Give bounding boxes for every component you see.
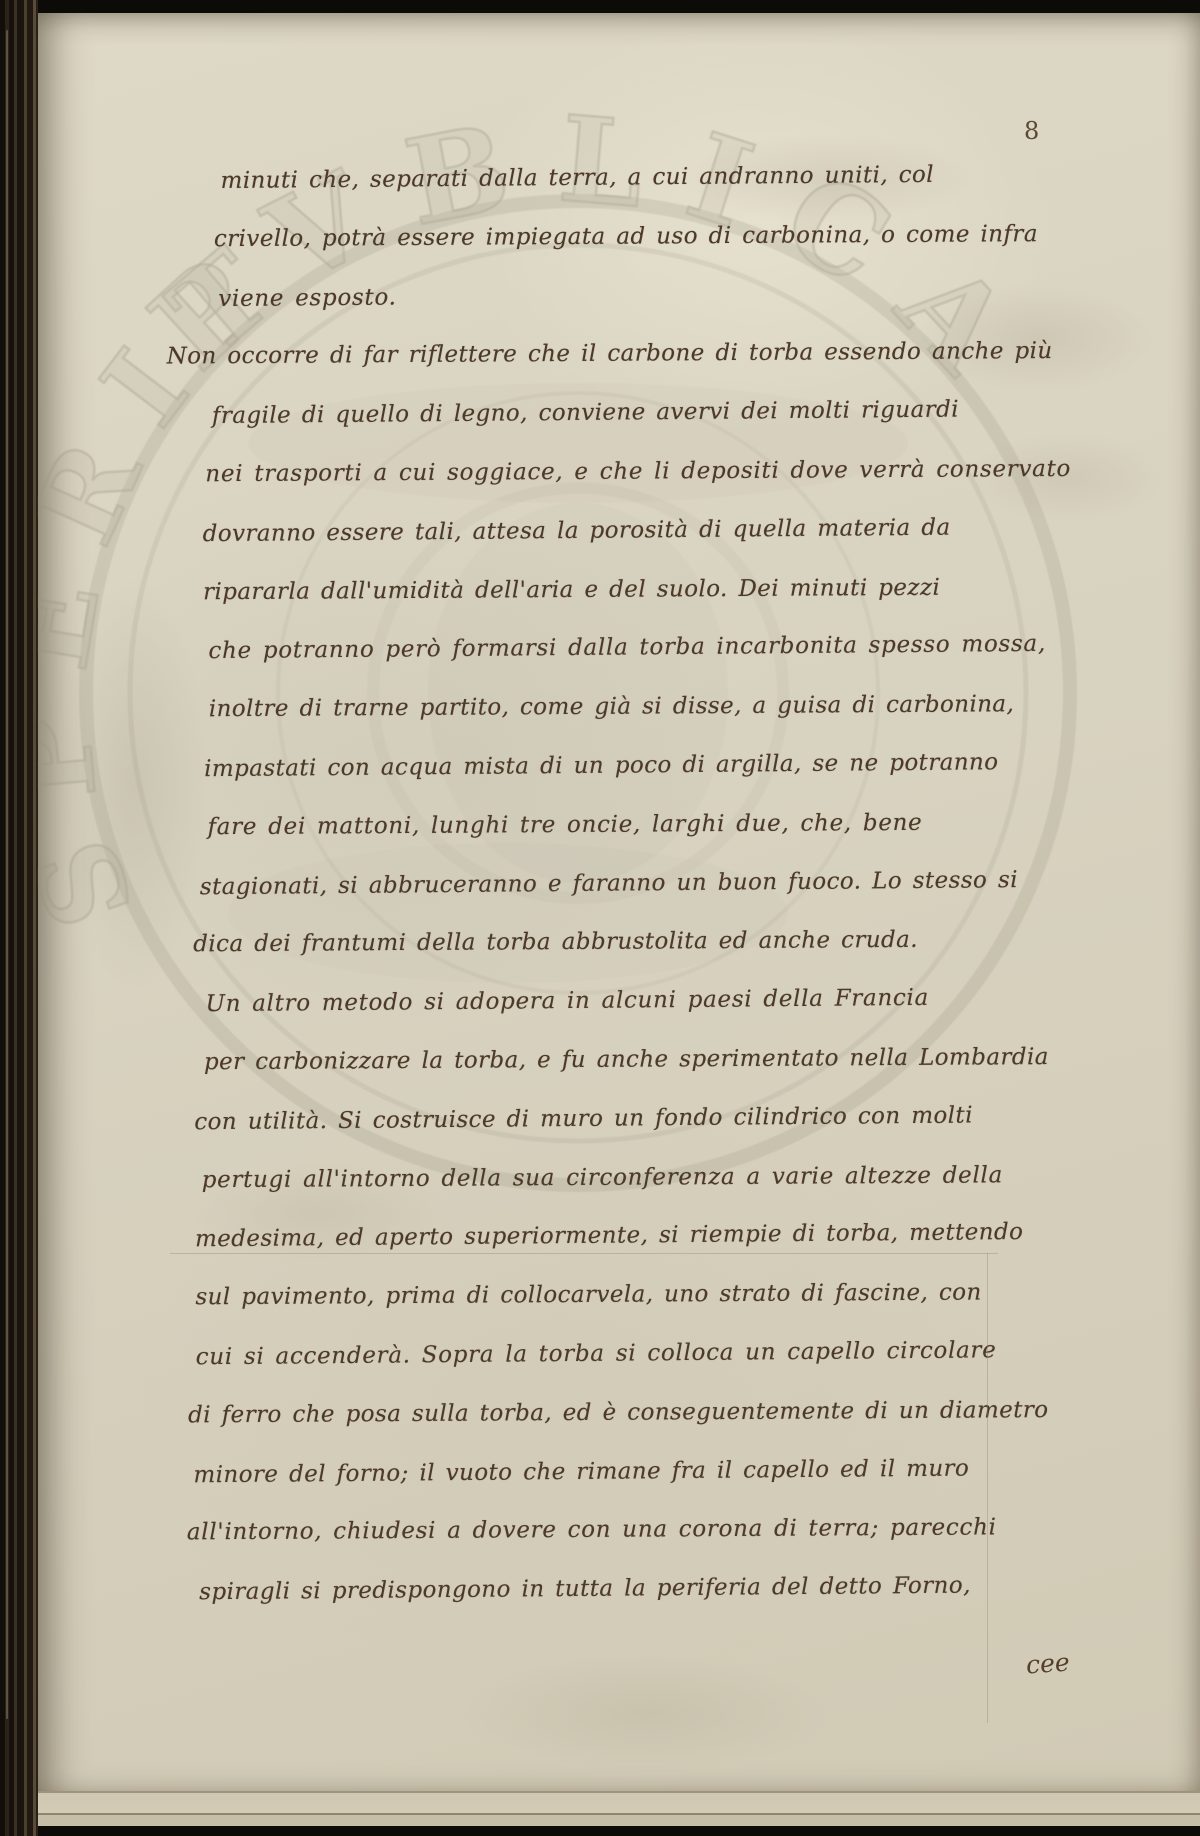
manuscript-line: per carbonizzare la torba, e fu anche sp… xyxy=(39,1044,1099,1109)
manuscript-line: dica dei frantumi della torba abbrustoli… xyxy=(38,926,1098,991)
manuscript-text: minuti che, separati dalla terra, a cui … xyxy=(34,162,1103,1638)
manuscript-line: viene esposto. xyxy=(34,278,1094,346)
manuscript-line: fare dei mattoni, lunghi tre oncie, larg… xyxy=(37,809,1097,874)
manuscript-line: Un altro metodo si adopera in alcuni pae… xyxy=(38,984,1098,1052)
manuscript-line: Non occorre di far riflettere che il car… xyxy=(35,338,1095,403)
scan-bottom-edge xyxy=(38,1826,1200,1836)
paper-crease-vertical xyxy=(987,1253,988,1723)
manuscript-line: all'intorno, chiudesi a dovere con una c… xyxy=(42,1514,1102,1579)
manuscript-line: con utilità. Si costruisce di muro un fo… xyxy=(39,1101,1099,1169)
book-binding-edge xyxy=(0,0,38,1836)
manuscript-line: minuti che, separati dalla terra, a cui … xyxy=(33,160,1093,228)
manuscript-line: fragile di quello di legno, conviene ave… xyxy=(35,396,1095,464)
paper-smudge xyxy=(458,1653,838,1773)
manuscript-line: spiragli si predispongono in tutta la pe… xyxy=(42,1571,1102,1639)
manuscript-line: inoltre di trarne partito, come già si d… xyxy=(37,691,1097,756)
manuscript-line: pertugi all'intorno della sua circonfere… xyxy=(40,1161,1100,1226)
manuscript-line: nei trasporti a cui soggiace, e che li d… xyxy=(35,456,1095,521)
scan-top-edge xyxy=(0,0,1200,13)
catchword: cee xyxy=(1025,1648,1071,1680)
scanned-manuscript-page: SPERIT PVBLICA 8 minuti che, separati da… xyxy=(0,0,1200,1836)
manuscript-page: SPERIT PVBLICA 8 minuti che, separati da… xyxy=(38,13,1200,1791)
manuscript-line: che potranno però formarsi dalla torba i… xyxy=(36,631,1096,699)
manuscript-line: minore del forno; il vuoto che rimane fr… xyxy=(41,1454,1101,1522)
manuscript-line: sul pavimento, prima di collocarvela, un… xyxy=(40,1279,1100,1344)
manuscript-line: cui si accenderà. Sopra la torba si coll… xyxy=(41,1336,1101,1404)
manuscript-line: impastati con acqua mista di un poco di … xyxy=(37,748,1097,816)
manuscript-line: stagionati, si abbruceranno e faranno un… xyxy=(38,866,1098,934)
manuscript-line: crivello, potrà essere impiegata ad uso … xyxy=(34,221,1094,286)
manuscript-line: ripararla dall'umidità dell'aria e del s… xyxy=(36,573,1096,638)
manuscript-line: di ferro che posa sulla torba, ed è cons… xyxy=(41,1396,1101,1461)
next-page-edge xyxy=(38,1791,1200,1815)
paper-crease-horizontal xyxy=(170,1253,998,1254)
page-number: 8 xyxy=(1024,117,1040,145)
manuscript-line: dovranno essere tali, attesa la porosità… xyxy=(36,513,1096,581)
